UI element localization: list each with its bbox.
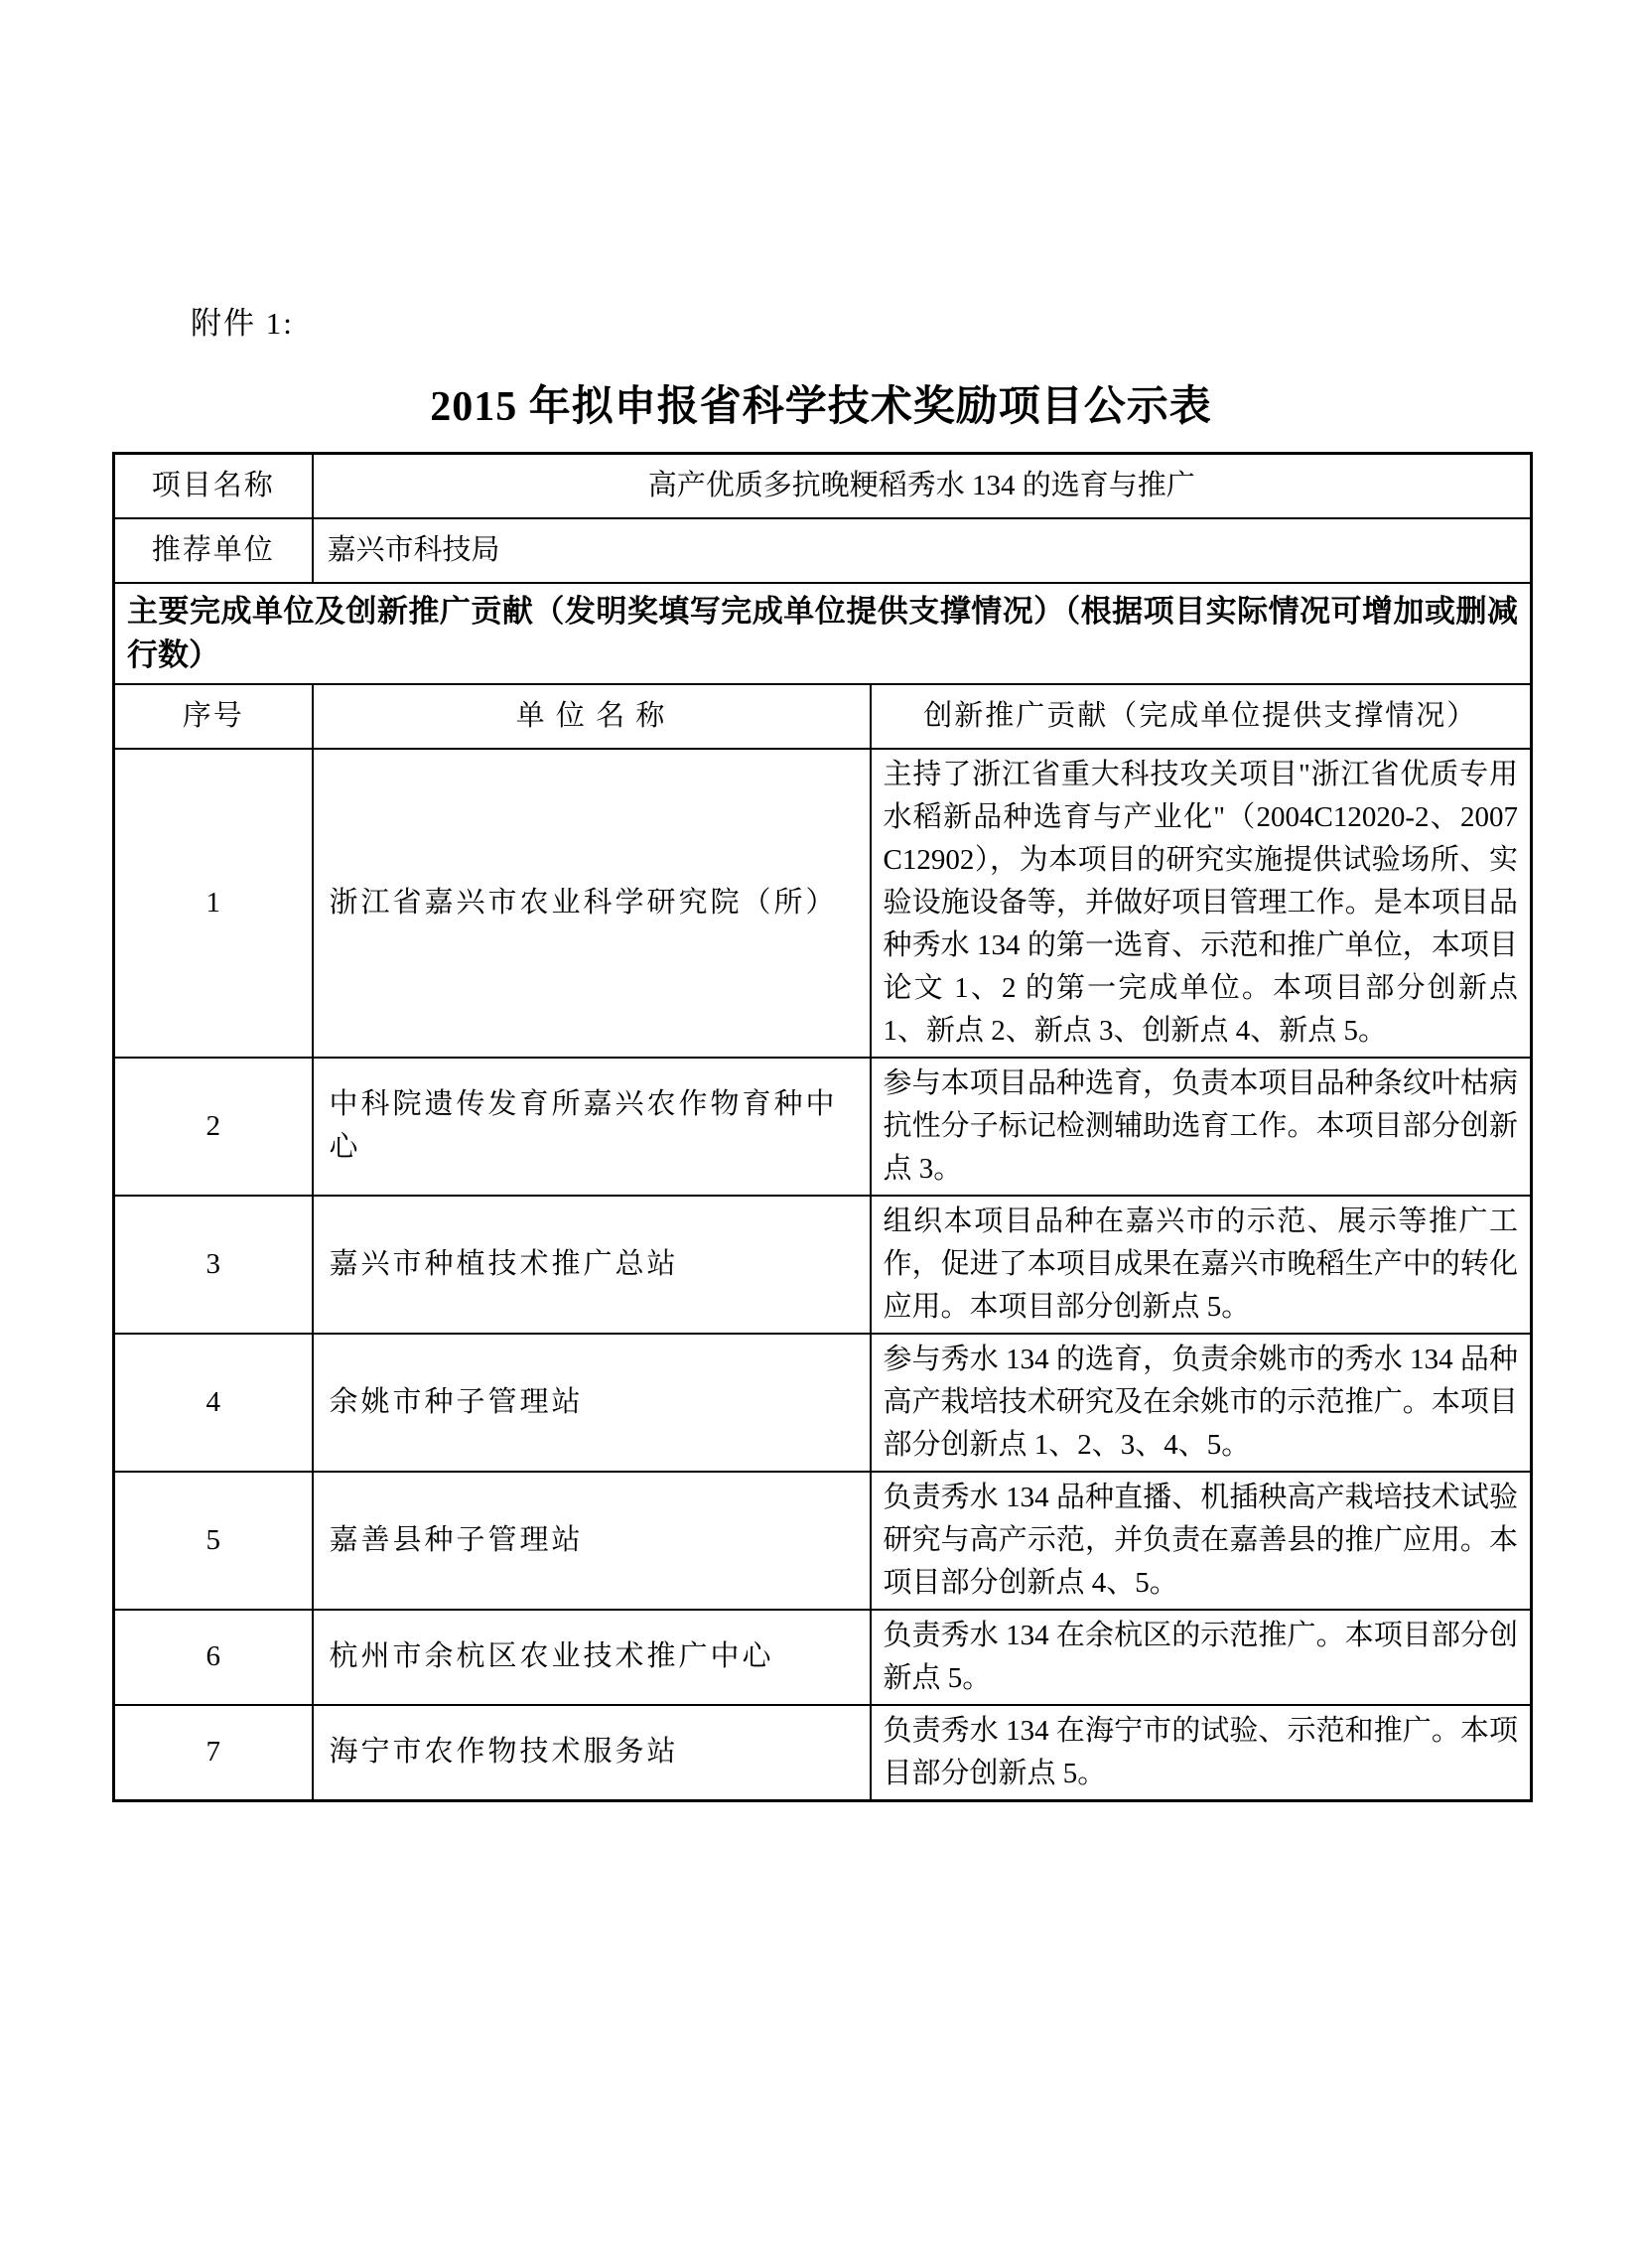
project-name-label: 项目名称 (114, 454, 313, 518)
table-row: 3 嘉兴市种植技术推广总站 组织本项目品种在嘉兴市的示范、展示等推广工作，促进了… (114, 1196, 1532, 1334)
table-row: 1 浙江省嘉兴市农业科学研究院（所） 主持了浙江省重大科技攻关项目"浙江省优质专… (114, 749, 1532, 1058)
contribution-text: 参与本项目品种选育，负责本项目品种条纹叶枯病抗性分子标记检测辅助选育工作。本项目… (871, 1058, 1532, 1196)
column-header-unit: 单 位 名 称 (313, 684, 871, 749)
section-header-row: 主要完成单位及创新推广贡献（发明奖填写完成单位提供支撑情况）（根据项目实际情况可… (114, 583, 1532, 684)
column-header-row: 序号 单 位 名 称 创新推广贡献（完成单位提供支撑情况） (114, 684, 1532, 749)
recommender-label: 推荐单位 (114, 518, 313, 583)
row-number: 5 (114, 1472, 313, 1610)
contribution-text: 负责秀水 134 在海宁市的试验、示范和推广。本项目部分创新点 5。 (871, 1705, 1532, 1801)
row-number: 1 (114, 749, 313, 1058)
table-row: 4 余姚市种子管理站 参与秀水 134 的选育，负责余姚市的秀水 134 品种高… (114, 1334, 1532, 1472)
row-number: 3 (114, 1196, 313, 1334)
unit-name: 海宁市农作物技术服务站 (313, 1705, 871, 1801)
attachment-label: 附件 1: (191, 298, 294, 343)
row-number: 6 (114, 1610, 313, 1705)
unit-name: 嘉善县种子管理站 (313, 1472, 871, 1610)
table-row: 6 杭州市余杭区农业技术推广中心 负责秀水 134 在余杭区的示范推广。本项目部… (114, 1610, 1532, 1705)
column-header-no: 序号 (114, 684, 313, 749)
contribution-text: 负责秀水 134 品种直播、机插秧高产栽培技术试验研究与高产示范，并负责在嘉善县… (871, 1472, 1532, 1610)
page-title: 2015 年拟申报省科学技术奖励项目公示表 (112, 373, 1530, 433)
publicity-table: 项目名称 高产优质多抗晚粳稻秀水 134 的选育与推广 推荐单位 嘉兴市科技局 … (112, 452, 1533, 1802)
row-number: 7 (114, 1705, 313, 1801)
project-name-row: 项目名称 高产优质多抗晚粳稻秀水 134 的选育与推广 (114, 454, 1532, 518)
document-page: 附件 1: 2015 年拟申报省科学技术奖励项目公示表 项目名称 高产优质多抗晚… (0, 0, 1642, 2268)
row-number: 2 (114, 1058, 313, 1196)
unit-name: 嘉兴市种植技术推广总站 (313, 1196, 871, 1334)
unit-name: 中科院遗传发育所嘉兴农作物育种中心 (313, 1058, 871, 1196)
unit-name: 杭州市余杭区农业技术推广中心 (313, 1610, 871, 1705)
contribution-text: 负责秀水 134 在余杭区的示范推广。本项目部分创新点 5。 (871, 1610, 1532, 1705)
unit-name: 余姚市种子管理站 (313, 1334, 871, 1472)
recommender-value: 嘉兴市科技局 (313, 518, 1532, 583)
contribution-text: 组织本项目品种在嘉兴市的示范、展示等推广工作，促进了本项目成果在嘉兴市晚稻生产中… (871, 1196, 1532, 1334)
project-name-value: 高产优质多抗晚粳稻秀水 134 的选育与推广 (313, 454, 1532, 518)
contribution-text: 参与秀水 134 的选育，负责余姚市的秀水 134 品种高产栽培技术研究及在余姚… (871, 1334, 1532, 1472)
unit-name: 浙江省嘉兴市农业科学研究院（所） (313, 749, 871, 1058)
recommender-row: 推荐单位 嘉兴市科技局 (114, 518, 1532, 583)
section-header: 主要完成单位及创新推广贡献（发明奖填写完成单位提供支撑情况）（根据项目实际情况可… (114, 583, 1532, 684)
table-row: 2 中科院遗传发育所嘉兴农作物育种中心 参与本项目品种选育，负责本项目品种条纹叶… (114, 1058, 1532, 1196)
column-header-contribution: 创新推广贡献（完成单位提供支撑情况） (871, 684, 1532, 749)
row-number: 4 (114, 1334, 313, 1472)
table-row: 7 海宁市农作物技术服务站 负责秀水 134 在海宁市的试验、示范和推广。本项目… (114, 1705, 1532, 1801)
table-row: 5 嘉善县种子管理站 负责秀水 134 品种直播、机插秧高产栽培技术试验研究与高… (114, 1472, 1532, 1610)
contribution-text: 主持了浙江省重大科技攻关项目"浙江省优质专用水稻新品种选育与产业化"（2004C… (871, 749, 1532, 1058)
